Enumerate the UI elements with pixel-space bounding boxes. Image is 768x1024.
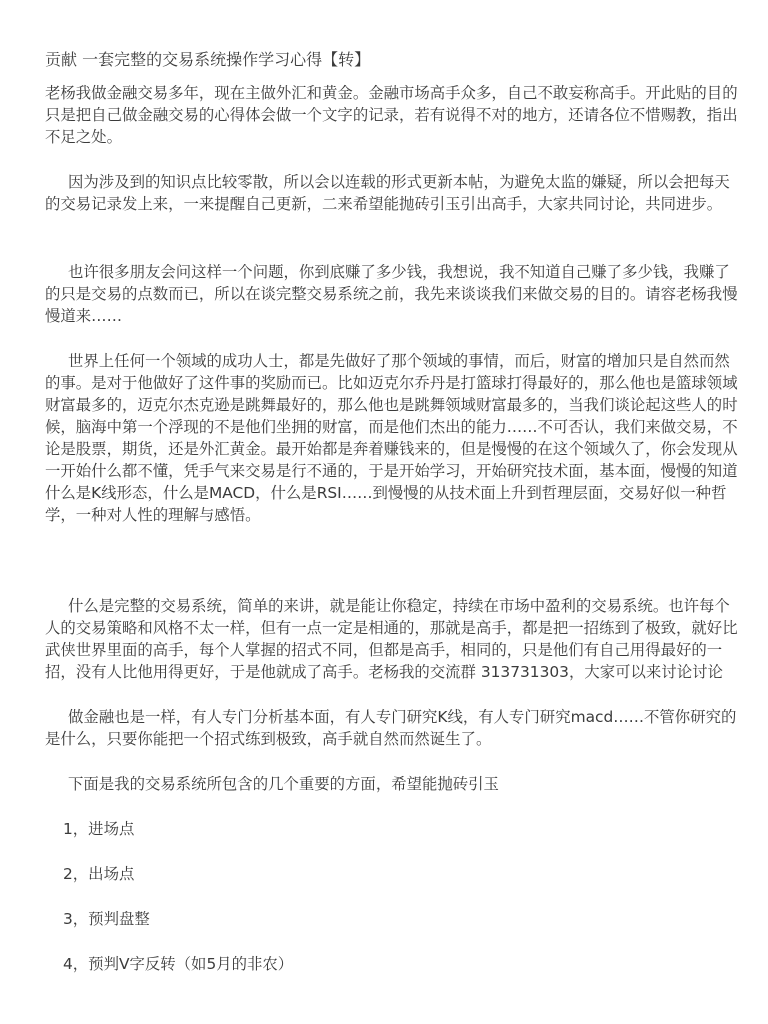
list-item: 4，预判V字反转（如5月的非农）: [45, 953, 744, 975]
paragraph: 也许很多朋友会问这样一个问题，你到底赚了多少钱，我想说，我不知道自己赚了多少钱，…: [45, 261, 744, 327]
paragraph: 什么是完整的交易系统，简单的来讲，就是能让你稳定，持续在市场中盈利的交易系统。也…: [45, 595, 744, 683]
list-item: 3，预判盘整: [45, 908, 744, 930]
list-item: 2，出场点: [45, 863, 744, 885]
list-item: 1，进场点: [45, 818, 744, 840]
paragraph: 因为涉及到的知识点比较零散，所以会以连载的形式更新本帖，为避免太监的嫌疑，所以会…: [45, 171, 744, 215]
document-page: 贡献 一套完整的交易系统操作学习心得【转】 老杨我做金融交易多年，现在主做外汇和…: [0, 0, 768, 1024]
paragraph: 做金融也是一样，有人专门分析基本面，有人专门研究K线，有人专门研究macd……不…: [45, 706, 744, 750]
paragraph: 老杨我做金融交易多年，现在主做外汇和黄金。金融市场高手众多，自己不敢妄称高手。开…: [45, 82, 744, 148]
paragraph: 下面是我的交易系统所包含的几个重要的方面，希望能抛砖引玉: [45, 773, 744, 795]
paragraph: 世界上任何一个领域的成功人士，都是先做好了那个领域的事情，而后，财富的增加只是自…: [45, 350, 744, 526]
document-body: 老杨我做金融交易多年，现在主做外汇和黄金。金融市场高手众多，自己不敢妄称高手。开…: [45, 82, 744, 975]
document-title: 贡献 一套完整的交易系统操作学习心得【转】: [45, 49, 744, 71]
